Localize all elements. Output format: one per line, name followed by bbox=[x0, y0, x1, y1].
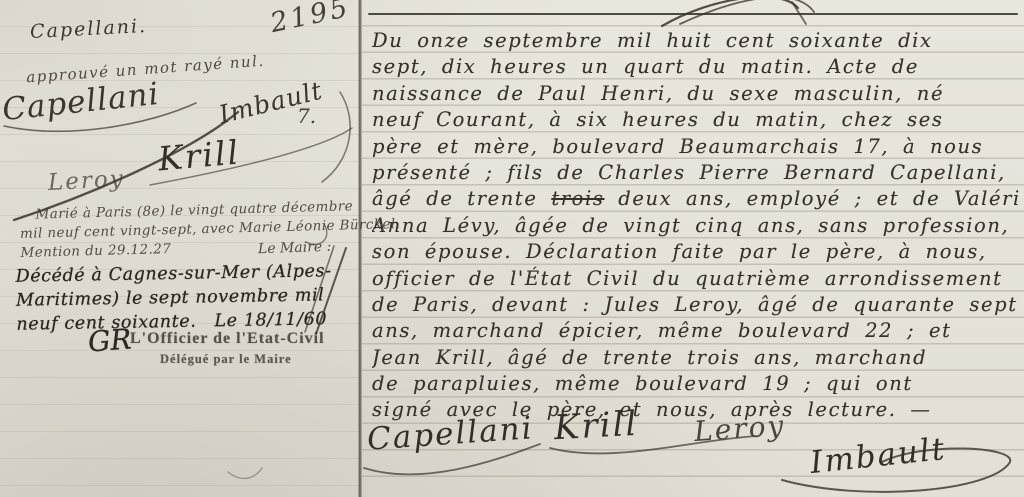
act-text-line: ans, marchand épicier, même boulevard 22… bbox=[372, 318, 1020, 344]
act-line-pre: âgé de trente bbox=[372, 187, 551, 210]
death-mention: Décédé à Cagnes-sur-Mer (Alpes- Maritime… bbox=[15, 259, 332, 337]
act-signature-leroy: Leroy bbox=[693, 409, 786, 448]
act-lines-group-2: Anna Lévy, âgée de vingt cinq ans, sans … bbox=[372, 213, 1020, 424]
margin-signature-leroy: Leroy bbox=[47, 166, 125, 196]
act-text-line: de parapluies, même boulevard 19 ; qui o… bbox=[372, 371, 1020, 397]
act-body-text: Du onze septembre mil huit cent soixante… bbox=[372, 28, 1020, 424]
act-column: Du onze septembre mil huit cent soixante… bbox=[362, 0, 1024, 497]
margin-name-header: Capellani. bbox=[30, 15, 148, 43]
act-signature-imbault: Imbault bbox=[808, 431, 947, 481]
act-text-line: Anna Lévy, âgée de vingt cinq ans, sans … bbox=[372, 213, 1020, 239]
death-mention-date: Le 18/11/60 bbox=[214, 309, 327, 331]
officer-initials: GR bbox=[87, 323, 133, 359]
act-lines-group-1: Du onze septembre mil huit cent soixante… bbox=[372, 28, 1020, 186]
act-text-line: son épouse. Déclaration faite par le pèr… bbox=[372, 239, 1020, 265]
marriage-mention-official: Le Maire : bbox=[258, 239, 332, 258]
act-number: 2195 bbox=[268, 0, 353, 39]
act-text-line: sept, dix heures un quart du matin. Acte… bbox=[372, 54, 1020, 80]
act-text-line: présenté ; fils de Charles Pierre Bernar… bbox=[372, 160, 1020, 186]
act-text-line: officier de l'État Civil du quatrième ar… bbox=[372, 266, 1020, 292]
margin-signature-capellani: Capellani bbox=[1, 76, 161, 128]
act-text-line: naissance de Paul Henri, du sexe masculi… bbox=[372, 81, 1020, 107]
official-stamp-line2: Délégué par le Maire bbox=[160, 352, 292, 367]
marriage-mention: Marié à Paris (8e) le vingt quatre décem… bbox=[19, 196, 401, 263]
official-stamp-line1: L'Officier de l'Etat-Civil bbox=[130, 330, 325, 348]
act-line-post: deux ans, employé ; et de Valérie bbox=[604, 187, 1020, 210]
civil-register-page: Capellani. 2195 approuvé un mot rayé nul… bbox=[0, 0, 1024, 497]
act-top-separator-rule bbox=[368, 13, 1018, 15]
act-text-line-with-correction: âgé de trente trois deux ans, employé ; … bbox=[372, 186, 1020, 212]
act-signature-krill: Krill bbox=[553, 404, 639, 448]
margin-signature-krill: Krill bbox=[156, 132, 241, 178]
act-text-line: père et mère, boulevard Beaumarchais 17,… bbox=[372, 134, 1020, 160]
margin-annotation-mark: 7. bbox=[297, 104, 316, 128]
struck-word: trois bbox=[551, 187, 604, 210]
act-text-line: neuf Courant, à six heures du matin, che… bbox=[372, 107, 1020, 133]
margin-column: Capellani. 2195 approuvé un mot rayé nul… bbox=[0, 0, 359, 497]
act-text-line: Du onze septembre mil huit cent soixante… bbox=[372, 28, 1020, 54]
act-text-line: de Paris, devant : Jules Leroy, âgé de q… bbox=[372, 292, 1020, 318]
act-text-line: Jean Krill, âgé de trente trois ans, mar… bbox=[372, 345, 1020, 371]
